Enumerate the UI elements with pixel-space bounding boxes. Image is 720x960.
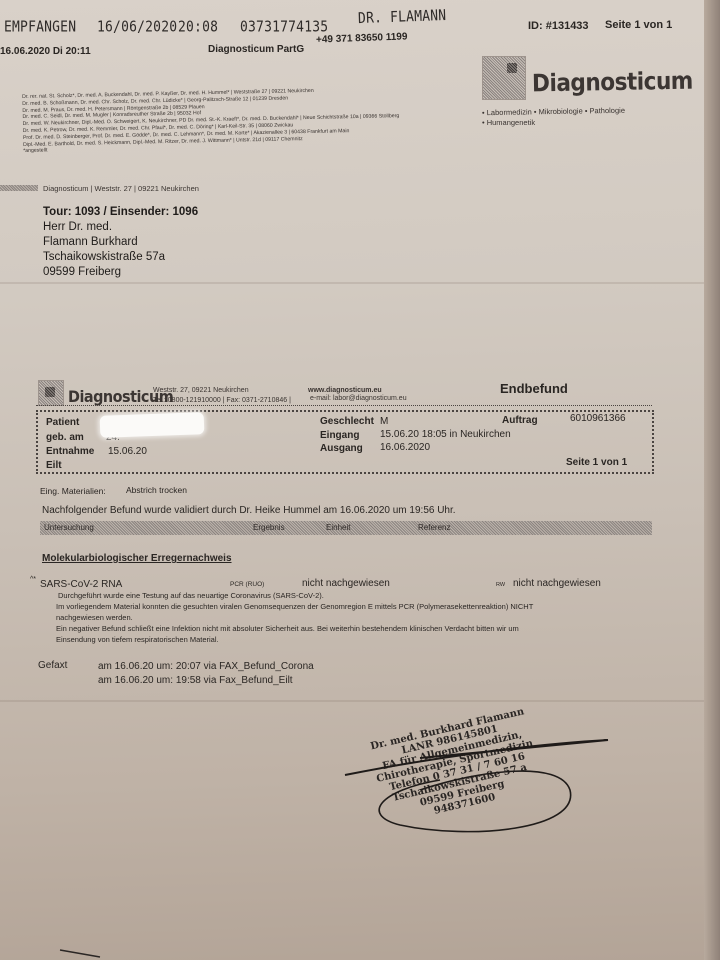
fax-document-page: EMPFANGEN 16/06/2020 20:08 03731774135 D… (0, 0, 712, 960)
signature-scribble (0, 0, 720, 960)
